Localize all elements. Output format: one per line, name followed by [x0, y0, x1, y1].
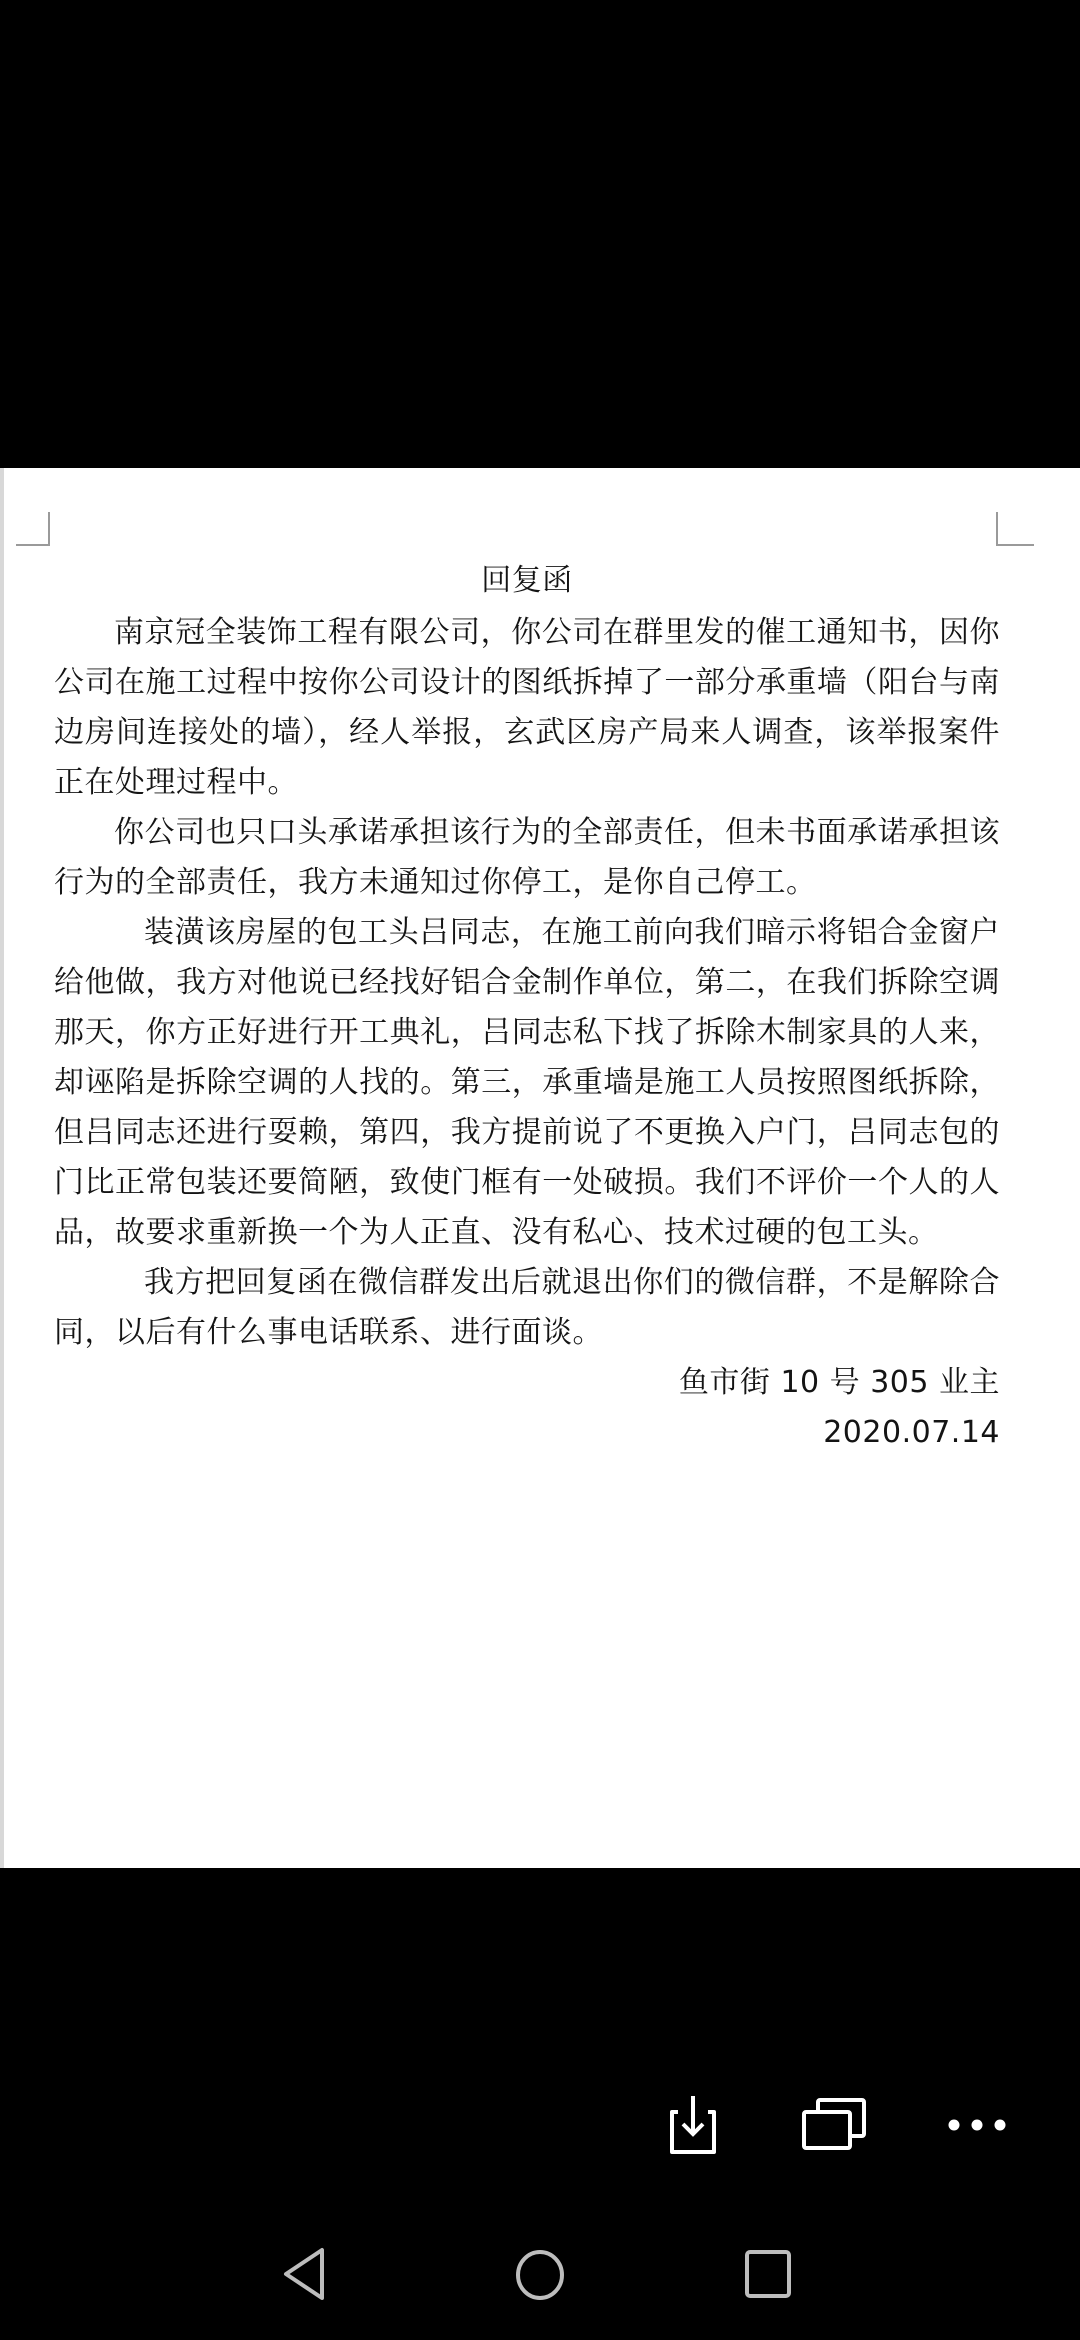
nav-recents-button[interactable] — [734, 2240, 804, 2310]
home-circle-icon — [505, 2240, 575, 2310]
document-title: 回复函 — [54, 554, 1000, 608]
more-options-button[interactable] — [942, 2090, 1012, 2160]
nav-back-button[interactable] — [272, 2240, 342, 2310]
document-page[interactable]: 回复函 南京冠全装饰工程有限公司，你公司在群里发的催工通知书，因你公司在施工过程… — [0, 468, 1080, 1868]
back-triangle-icon — [272, 2240, 342, 2310]
paragraph-1: 南京冠全装饰工程有限公司，你公司在群里发的催工通知书，因你公司在施工过程中按你公… — [54, 608, 1000, 808]
multi-window-button[interactable] — [800, 2090, 870, 2160]
page-margin-corner-left — [16, 512, 50, 546]
paragraph-3: 装潢该房屋的包工头吕同志，在施工前向我们暗示将铝合金窗户给他做，我方对他说已经找… — [54, 908, 1000, 1258]
multi-window-icon — [800, 2090, 870, 2160]
download-button[interactable] — [658, 2090, 728, 2160]
paragraph-4: 我方把回复函在微信群发出后就退出你们的微信群，不是解除合同，以后有什么事电话联系… — [54, 1258, 1000, 1358]
download-icon — [658, 2090, 728, 2160]
document-body: 回复函 南京冠全装饰工程有限公司，你公司在群里发的催工通知书，因你公司在施工过程… — [54, 554, 1000, 1458]
recents-square-icon — [734, 2240, 804, 2310]
top-black-area — [0, 0, 1080, 468]
nav-home-button[interactable] — [505, 2240, 575, 2310]
signature: 鱼市街 10 号 305 业主 — [54, 1358, 1000, 1408]
page-margin-corner-right — [996, 512, 1034, 546]
paragraph-2: 你公司也只口头承诺承担该行为的全部责任，但未书面承诺承担该行为的全部责任，我方未… — [54, 808, 1000, 908]
date: 2020.07.14 — [54, 1408, 1000, 1458]
more-dots-icon — [942, 2090, 1012, 2160]
